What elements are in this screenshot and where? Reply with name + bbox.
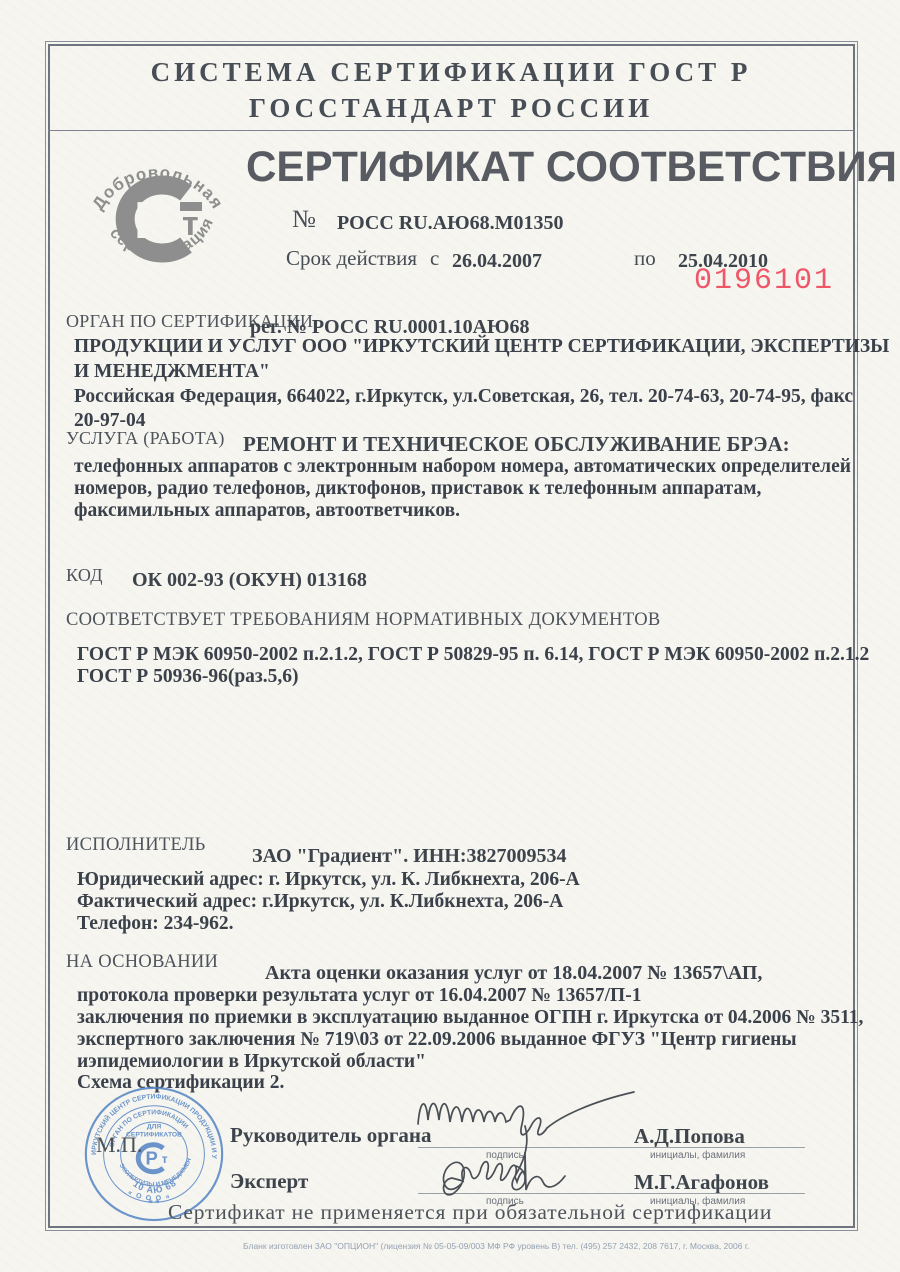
executor-line: Фактический адрес: г.Иркутск, ул. К.Либк… <box>77 891 563 913</box>
organ-name-line: И МЕНЕДЖМЕНТА" <box>74 361 270 383</box>
system-line-1: СИСТЕМА СЕРТИФИКАЦИИ ГОСТ Р <box>45 57 857 88</box>
compliance-section-label: СООТВЕТСТВУЕТ ТРЕБОВАНИЯМ НОРМАТИВНЫХ ДО… <box>66 610 661 631</box>
logo-letter-t: т <box>182 205 199 243</box>
name-caption: инициалы, фамилия <box>650 1150 745 1161</box>
validity-label: Срок действия <box>286 246 417 271</box>
validity-from-date: 26.04.2007 <box>452 250 542 273</box>
service-section-label: УСЛУГА (РАБОТА) <box>66 428 225 449</box>
stamp-place-label: М.П. <box>96 1132 142 1158</box>
executor-line: Юридический адрес: г. Иркутск, ул. К. Ли… <box>77 869 580 891</box>
stamp-stars: * * <box>149 1199 160 1210</box>
rst-logo: Добровольная сертификация Р т <box>82 140 234 292</box>
signatory-role: Руководитель органа <box>230 1123 432 1148</box>
compliance-line: ГОСТ Р 50936-96(раз.5,6) <box>77 666 299 688</box>
basis-section-label: НА ОСНОВАНИИ <box>66 952 218 973</box>
compliance-line: ГОСТ Р МЭК 60950-2002 п.2.1.2, ГОСТ Р 50… <box>77 644 869 666</box>
executor-name: ЗАО "Градиент". ИНН:3827009534 <box>252 845 567 868</box>
stamp-rst-letter-p: Р <box>145 1148 157 1169</box>
executor-section-label: ИСПОЛНИТЕЛЬ <box>66 835 206 856</box>
name-line <box>622 1193 805 1194</box>
code-value: ОК 002-93 (ОКУН) 013168 <box>132 569 367 592</box>
basis-line: экспертного заключения № 719\03 от 22.09… <box>77 1029 797 1051</box>
validity-from-label: с <box>430 246 439 271</box>
certificate-page: СИСТЕМА СЕРТИФИКАЦИИ ГОСТ Р ГОССТАНДАРТ … <box>0 0 900 1272</box>
organ-address-line: Российская Федерация, 664022, г.Иркутск,… <box>74 386 853 408</box>
validity-to-label: по <box>634 246 656 271</box>
printer-fine-print: Бланк изготовлен ЗАО "ОПЦИОН" (лицензия … <box>243 1241 749 1251</box>
service-heading: РЕМОНТ И ТЕХНИЧЕСКОЕ ОБСЛУЖИВАНИЕ БРЭА: <box>243 432 790 457</box>
code-section-label: КОД <box>66 565 103 586</box>
system-line-2: ГОССТАНДАРТ РОССИИ <box>45 93 857 124</box>
logo-letter-p: Р <box>134 192 169 250</box>
form-serial-number: 0196101 <box>694 264 834 298</box>
expert-signature <box>425 1146 610 1221</box>
executor-line: Телефон: 234-962. <box>77 913 233 935</box>
header-divider <box>48 130 854 131</box>
number-label: № <box>292 206 316 234</box>
name-line <box>622 1147 805 1148</box>
service-line: телефонных аппаратов с электронным набор… <box>74 456 851 478</box>
signatory-name: А.Д.Попова <box>634 1124 745 1149</box>
basis-line: иэпидемиологии в Иркутской области" <box>77 1051 426 1073</box>
stamp-center-line1: ДЛЯ <box>147 1123 162 1130</box>
service-line: номеров, радио телефонов, диктофонов, пр… <box>74 478 761 500</box>
basis-line: заключения по приемки в эксплуатацию выд… <box>77 1007 863 1029</box>
organ-name-line: ПРОДУКЦИИ И УСЛУГ ООО "ИРКУТСКИЙ ЦЕНТР С… <box>74 336 889 358</box>
signatory-name: М.Г.Агафонов <box>634 1170 769 1195</box>
signatory-role: Эксперт <box>230 1169 308 1194</box>
service-line: факсимильных аппаратов, автоответчиков. <box>74 500 460 522</box>
number-value: РОСС RU.АЮ68.М01350 <box>337 212 564 235</box>
basis-line: Акта оценки оказания услуг от 18.04.2007… <box>265 962 762 985</box>
certificate-title: СЕРТИФИКАТ СООТВЕТСТВИЯ <box>246 143 897 192</box>
basis-line: протокола проверки результата услуг от 1… <box>77 985 641 1007</box>
stamp-rst-letter-t: т <box>162 1152 168 1166</box>
